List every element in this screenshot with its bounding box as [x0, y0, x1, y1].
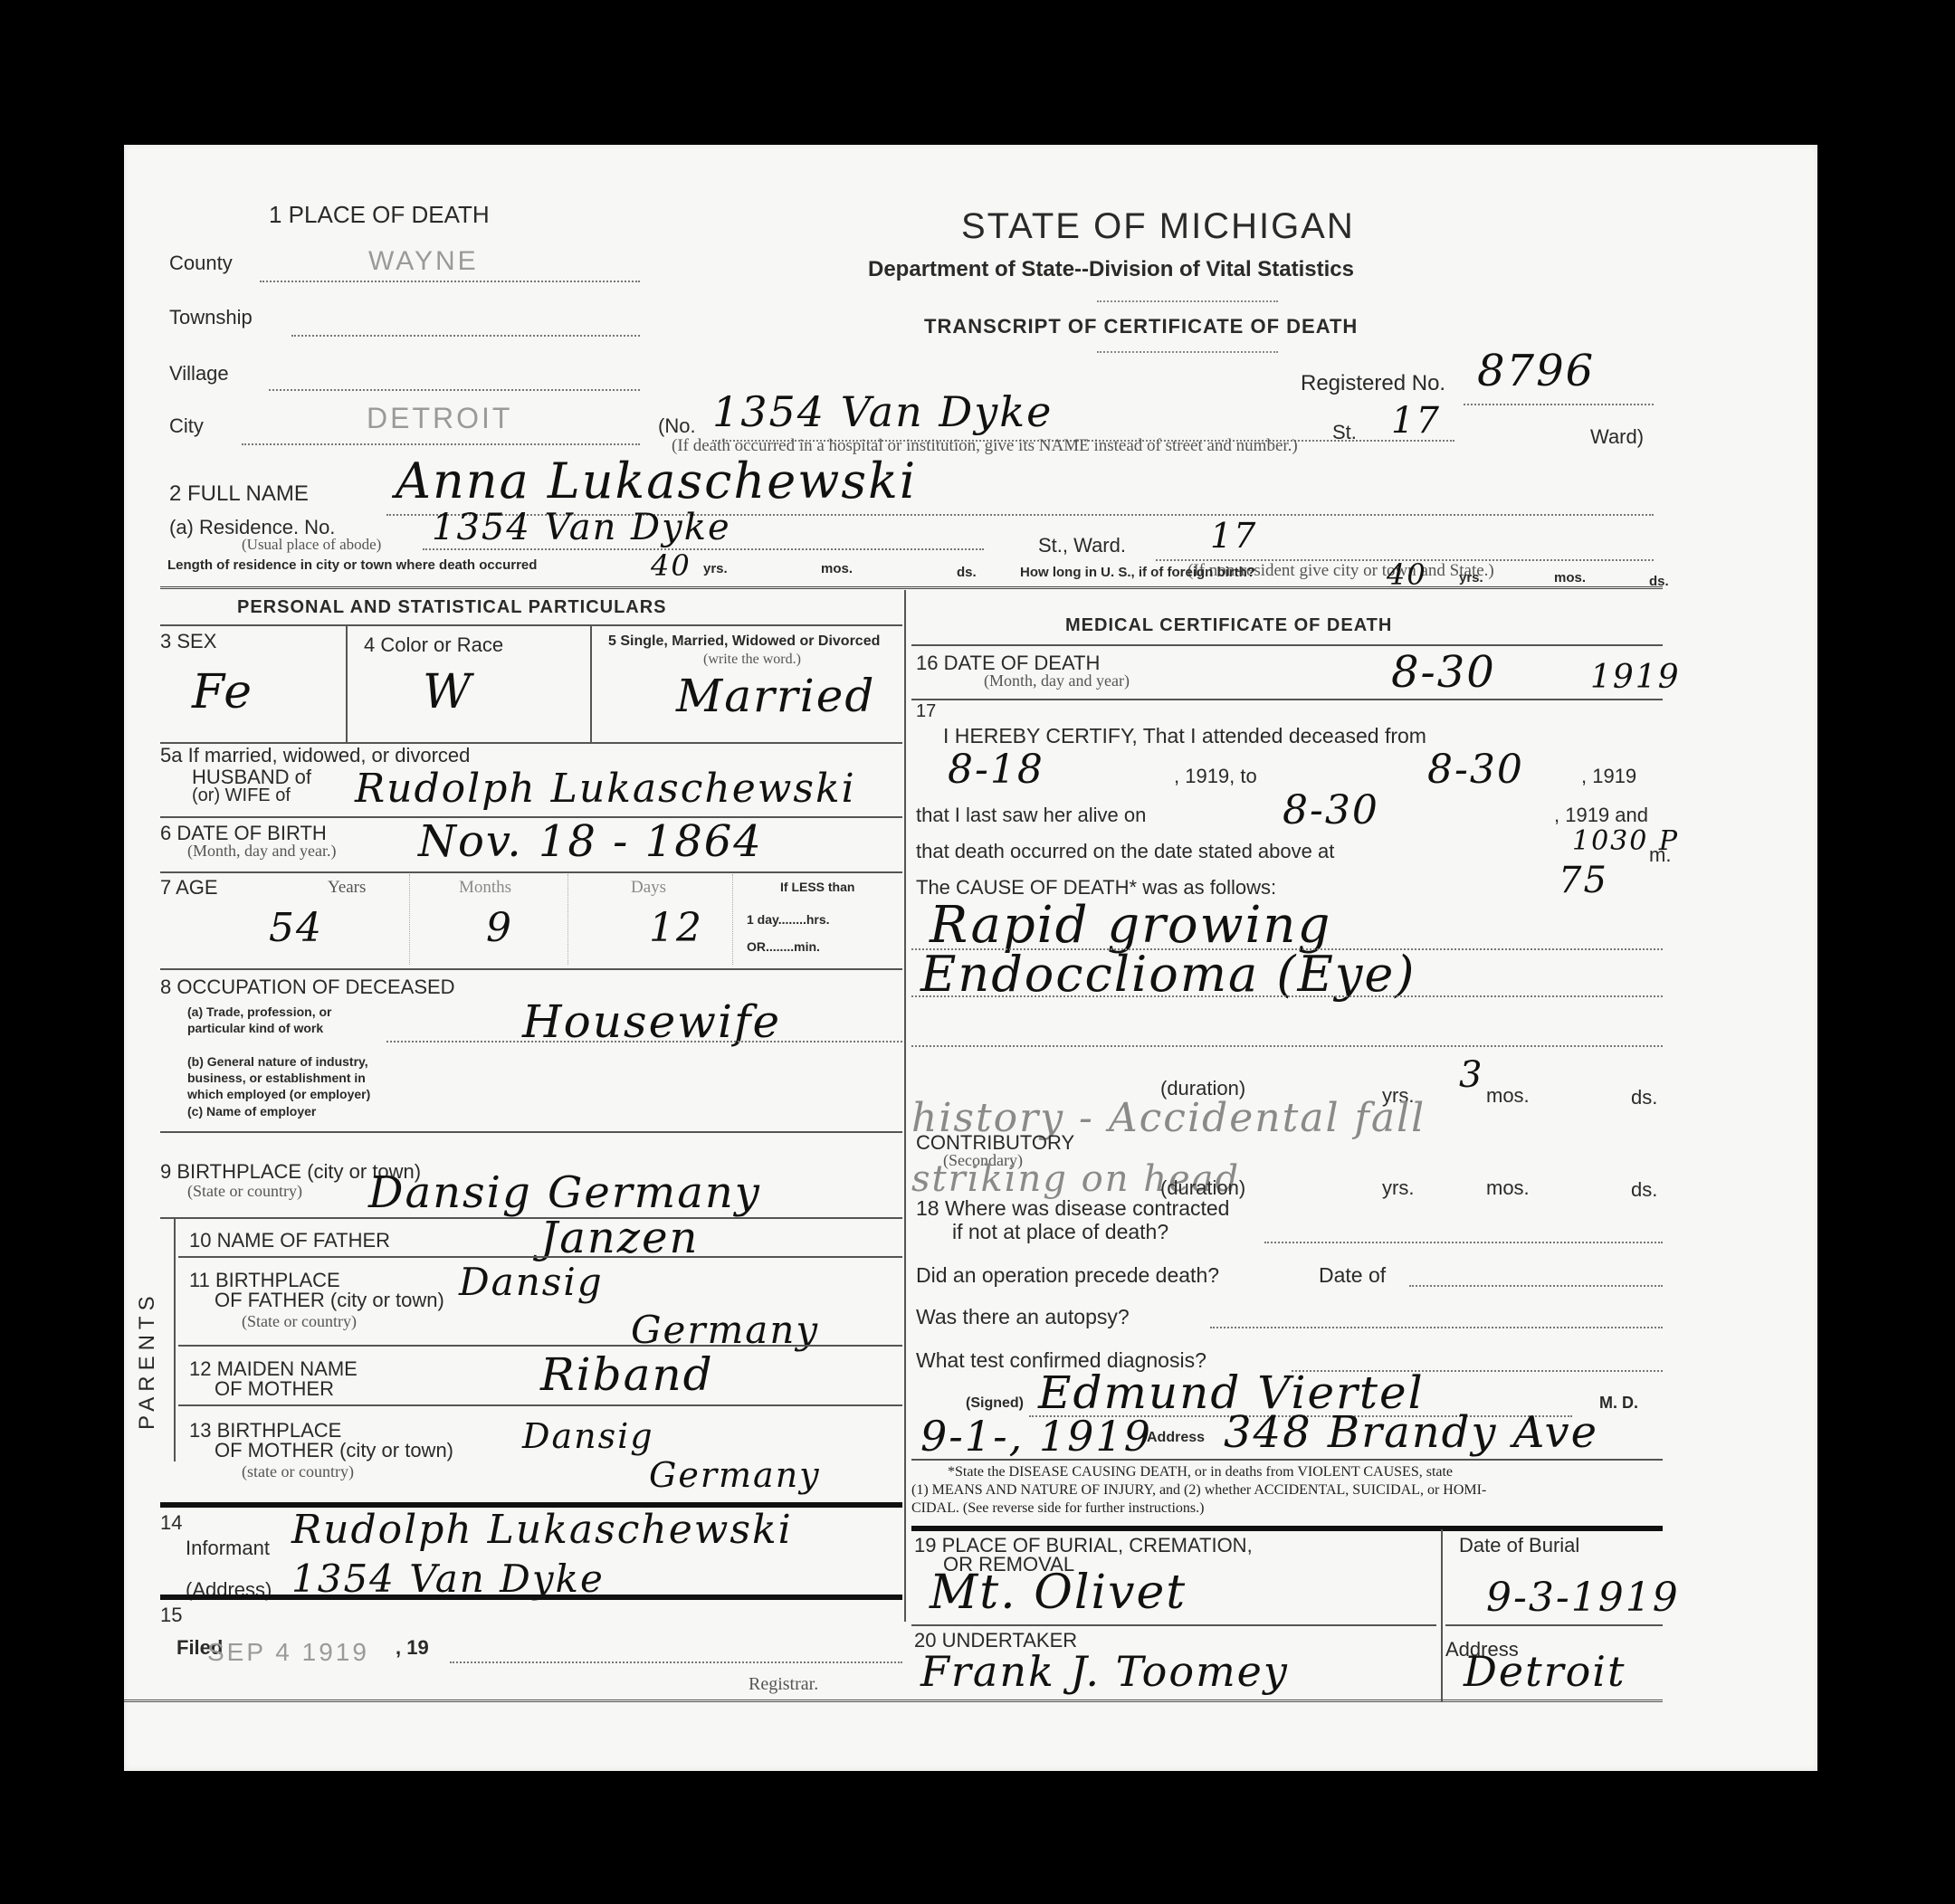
residence-value: 1354 Van Dyke [432, 507, 731, 548]
footnote-3: CIDAL. (See reverse side for further ins… [911, 1500, 1204, 1517]
column-divider [904, 590, 906, 1622]
signed-date: 9-1-, 1919 [920, 1412, 1152, 1461]
signer-address-value: 348 Brandy Ave [1224, 1407, 1598, 1458]
age-years-label: Years [328, 878, 366, 898]
row-line [911, 644, 1663, 646]
st-label: St. [1332, 421, 1357, 444]
mos-label: mos. [821, 561, 853, 576]
sex-label: 3 SEX [160, 630, 216, 653]
in-us-mos-label: mos. [1554, 570, 1586, 585]
city-value: DETROIT [367, 402, 512, 435]
residence-ward-value: 17 [1210, 516, 1257, 556]
row-line [178, 1256, 902, 1258]
attended-to: 8-30 [1427, 747, 1524, 793]
occ-a-label-2: particular kind of work [187, 1021, 323, 1035]
registered-no-label: Registered No. [1301, 371, 1445, 396]
time-label: that death occurred on the date stated a… [916, 840, 1334, 863]
cause-line [911, 1045, 1663, 1047]
mother-bp-country: Germany [649, 1455, 821, 1495]
residence-sublabel: (Usual place of abode) [242, 536, 381, 554]
marital-value: Married [676, 670, 875, 722]
age-days-label: Days [631, 878, 666, 898]
last-saw-value: 8-30 [1283, 787, 1379, 833]
informant-num: 14 [160, 1511, 182, 1535]
age-days-value: 12 [649, 905, 703, 951]
cell-divider [567, 874, 568, 965]
cell-divider [346, 624, 348, 742]
mother-bp-label-2: OF MOTHER (city or town) [215, 1439, 453, 1462]
residence-line [423, 548, 984, 550]
age-months-value: 9 [486, 905, 513, 951]
signer-address-label: Address [1147, 1430, 1205, 1446]
yrs-label: yrs. [703, 561, 728, 576]
where-label-2: if not at place of death? [952, 1220, 1168, 1244]
header-rule [1097, 300, 1278, 302]
operation-date-label: Date of [1319, 1263, 1386, 1288]
form-title: TRANSCRIPT OF CERTIFICATE OF DEATH [924, 315, 1358, 338]
footnote-2: (1) MEANS AND NATURE OF INJURY, and (2) … [911, 1482, 1486, 1499]
operation-label: Did an operation precede death? [916, 1263, 1219, 1288]
father-bp-label-2: OF FATHER (city or town) [215, 1289, 444, 1312]
filed-year-prefix: , 19 [396, 1636, 429, 1660]
mother-bp-city: Dansig [522, 1416, 654, 1456]
occ-b-label-1: (b) General nature of industry, [187, 1054, 368, 1069]
where-line [1264, 1242, 1663, 1243]
footnote-1: *State the DISEASE CAUSING DEATH, or in … [948, 1464, 1453, 1480]
row-line [160, 624, 902, 626]
row-line [911, 1624, 1436, 1626]
marital-note: (write the word.) [703, 652, 801, 668]
race-value: W [423, 665, 472, 719]
occ-c-label: (c) Name of employer [187, 1104, 316, 1119]
duration-mos-value: 3 [1459, 1054, 1483, 1096]
in-us-yrs-label: yrs. [1459, 570, 1483, 585]
parents-side-label: PARENTS [135, 1290, 160, 1430]
spouse-label-3: (or) WIFE of [192, 785, 291, 806]
duration2-mos-label: mos. [1486, 1176, 1530, 1200]
birthplace-sublabel: (State or country) [187, 1182, 302, 1201]
autopsy-label: Was there an autopsy? [916, 1305, 1130, 1329]
occupation-line [386, 1041, 902, 1042]
spouse-value: Rudolph Lukaschewski [355, 766, 856, 812]
dod-sublabel: (Month, day and year) [984, 671, 1130, 690]
burial-place-value: Mt. Olivet [930, 1566, 1187, 1620]
street-no-value: 1354 Van Dyke [712, 387, 1053, 436]
row-line [160, 1217, 902, 1219]
last-saw-label: that I last saw her alive on [916, 804, 1146, 827]
row-line [178, 1404, 902, 1406]
row-line [911, 1459, 1663, 1461]
md-label: M. D. [1599, 1394, 1638, 1413]
length-yrs-value: 40 [651, 548, 691, 583]
row-line [178, 1345, 902, 1347]
length-of-residence-label: Length of residence in city or town wher… [167, 557, 537, 573]
autopsy-line [1210, 1327, 1663, 1328]
undertaker-value: Frank J. Toomey [920, 1647, 1289, 1696]
burial-date-label: Date of Burial [1459, 1534, 1579, 1557]
sex-value: Fe [192, 665, 253, 719]
department-title: Department of State--Division of Vital S… [868, 257, 1354, 282]
parents-border [174, 1217, 176, 1461]
registered-no-value: 8796 [1477, 346, 1595, 396]
cause-code: 75 [1559, 860, 1608, 901]
cell-divider [590, 624, 592, 742]
row-line [160, 871, 902, 873]
cell-divider [409, 874, 410, 965]
occ-b-label-3: which employed (or employer) [187, 1087, 370, 1101]
signed-label: (Signed) [966, 1395, 1024, 1412]
race-label: 4 Color or Race [364, 633, 503, 657]
duration-mos-label: mos. [1486, 1084, 1530, 1108]
occ-a-label-1: (a) Trade, profession, or [187, 1004, 331, 1019]
death-certificate: 1 PLACE OF DEATH STATE OF MICHIGAN Depar… [124, 145, 1817, 1771]
thick-divider [160, 1595, 902, 1600]
less-than-label: If LESS than [780, 880, 854, 894]
operation-line [1409, 1285, 1663, 1287]
attended-from: 8-18 [948, 747, 1044, 793]
burial-date-value: 9-3-1919 [1486, 1575, 1680, 1621]
undertaker-address-value: Detroit [1464, 1647, 1626, 1696]
mother-bp-label-3: (state or country) [242, 1462, 354, 1481]
dob-value: Nov. 18 - 1864 [418, 816, 763, 867]
filed-stamp: SEP 4 1919 [207, 1638, 369, 1667]
place-of-death-heading: 1 PLACE OF DEATH [269, 201, 490, 229]
county-line [260, 281, 640, 282]
less-hrs-label: 1 day........hrs. [747, 912, 830, 927]
birthplace-value: Dansig Germany [368, 1167, 761, 1218]
row-line [160, 1131, 902, 1133]
bottom-rule [124, 1699, 1663, 1702]
less-min-label: OR........min. [747, 939, 820, 954]
father-bp-label-3: (State or country) [242, 1312, 357, 1331]
row-line [911, 699, 1663, 700]
registrar-label: Registrar. [749, 1674, 818, 1695]
thick-divider [911, 1526, 1663, 1531]
last-saw-year: , 1919 and [1554, 804, 1648, 827]
row-line [160, 968, 902, 970]
spouse-label-1: 5a If married, widowed, or divorced [160, 744, 470, 767]
county-value: WAYNE [368, 246, 479, 277]
county-label: County [169, 252, 233, 275]
certify-num: 17 [916, 701, 936, 722]
ds-label: ds. [957, 565, 977, 580]
age-label: 7 AGE [160, 876, 218, 900]
time-suffix: m. [1649, 843, 1671, 867]
in-us-label: How long in U. S., if of foreign birth? [1020, 565, 1255, 580]
section-divider [160, 586, 1663, 589]
duration2-yrs-label: yrs. [1382, 1176, 1414, 1200]
dod-year: 1919 [1590, 659, 1681, 696]
ward-label: Ward) [1590, 425, 1644, 449]
cause-line [911, 995, 1663, 997]
ward-value: 17 [1391, 400, 1441, 442]
attended-from-year: , 1919, to [1174, 765, 1257, 788]
where-label-1: 18 Where was disease contracted [916, 1196, 1229, 1221]
city-label: City [169, 414, 204, 438]
full-name-value: Anna Lukaschewski [396, 452, 917, 509]
township-line [291, 335, 640, 337]
father-label: 10 NAME OF FATHER [189, 1229, 390, 1252]
attended-to-year: , 1919 [1581, 765, 1636, 788]
informant-value: Rudolph Lukaschewski [291, 1507, 793, 1553]
township-label: Township [169, 306, 253, 329]
cell-divider [732, 874, 733, 965]
medical-section-header: MEDICAL CERTIFICATE OF DEATH [1065, 615, 1392, 636]
village-label: Village [169, 362, 229, 386]
city-line [242, 443, 640, 445]
cause-line-2: Endocclioma (Eye) [920, 946, 1416, 1003]
dod-value: 8-30 [1391, 647, 1496, 698]
age-months-label: Months [459, 878, 511, 898]
dob-sublabel: (Month, day and year.) [187, 842, 336, 861]
age-years-value: 54 [269, 905, 323, 951]
duration2-ds-label: ds. [1631, 1178, 1657, 1202]
certify-text: I HEREBY CERTIFY, That I attended deceas… [943, 724, 1426, 748]
village-line [269, 389, 640, 391]
duration-ds-label: ds. [1631, 1086, 1657, 1109]
burial-divider [1441, 1529, 1443, 1701]
registrar-line [450, 1661, 902, 1663]
occupation-label: 8 OCCUPATION OF DECEASED [160, 976, 455, 999]
registered-no-line [1464, 404, 1654, 405]
father-bp-city: Dansig [459, 1260, 604, 1304]
row-line [1445, 1624, 1663, 1626]
marital-label: 5 Single, Married, Widowed or Divorced [608, 633, 880, 650]
personal-section-header: PERSONAL AND STATISTICAL PARTICULARS [237, 597, 667, 618]
st-ward-label: St., Ward. [1038, 534, 1126, 557]
occ-b-label-2: business, or establishment in [187, 1071, 366, 1085]
header-rule [1097, 351, 1278, 353]
state-title: STATE OF MICHIGAN [961, 206, 1355, 247]
full-name-label: 2 FULL NAME [169, 481, 309, 507]
filed-num: 15 [160, 1604, 182, 1627]
mother-label-2: OF MOTHER [215, 1377, 334, 1401]
street-no-label: (No. [658, 414, 696, 438]
mother-value: Riband [540, 1348, 714, 1401]
informant-label: Informant [186, 1537, 270, 1560]
